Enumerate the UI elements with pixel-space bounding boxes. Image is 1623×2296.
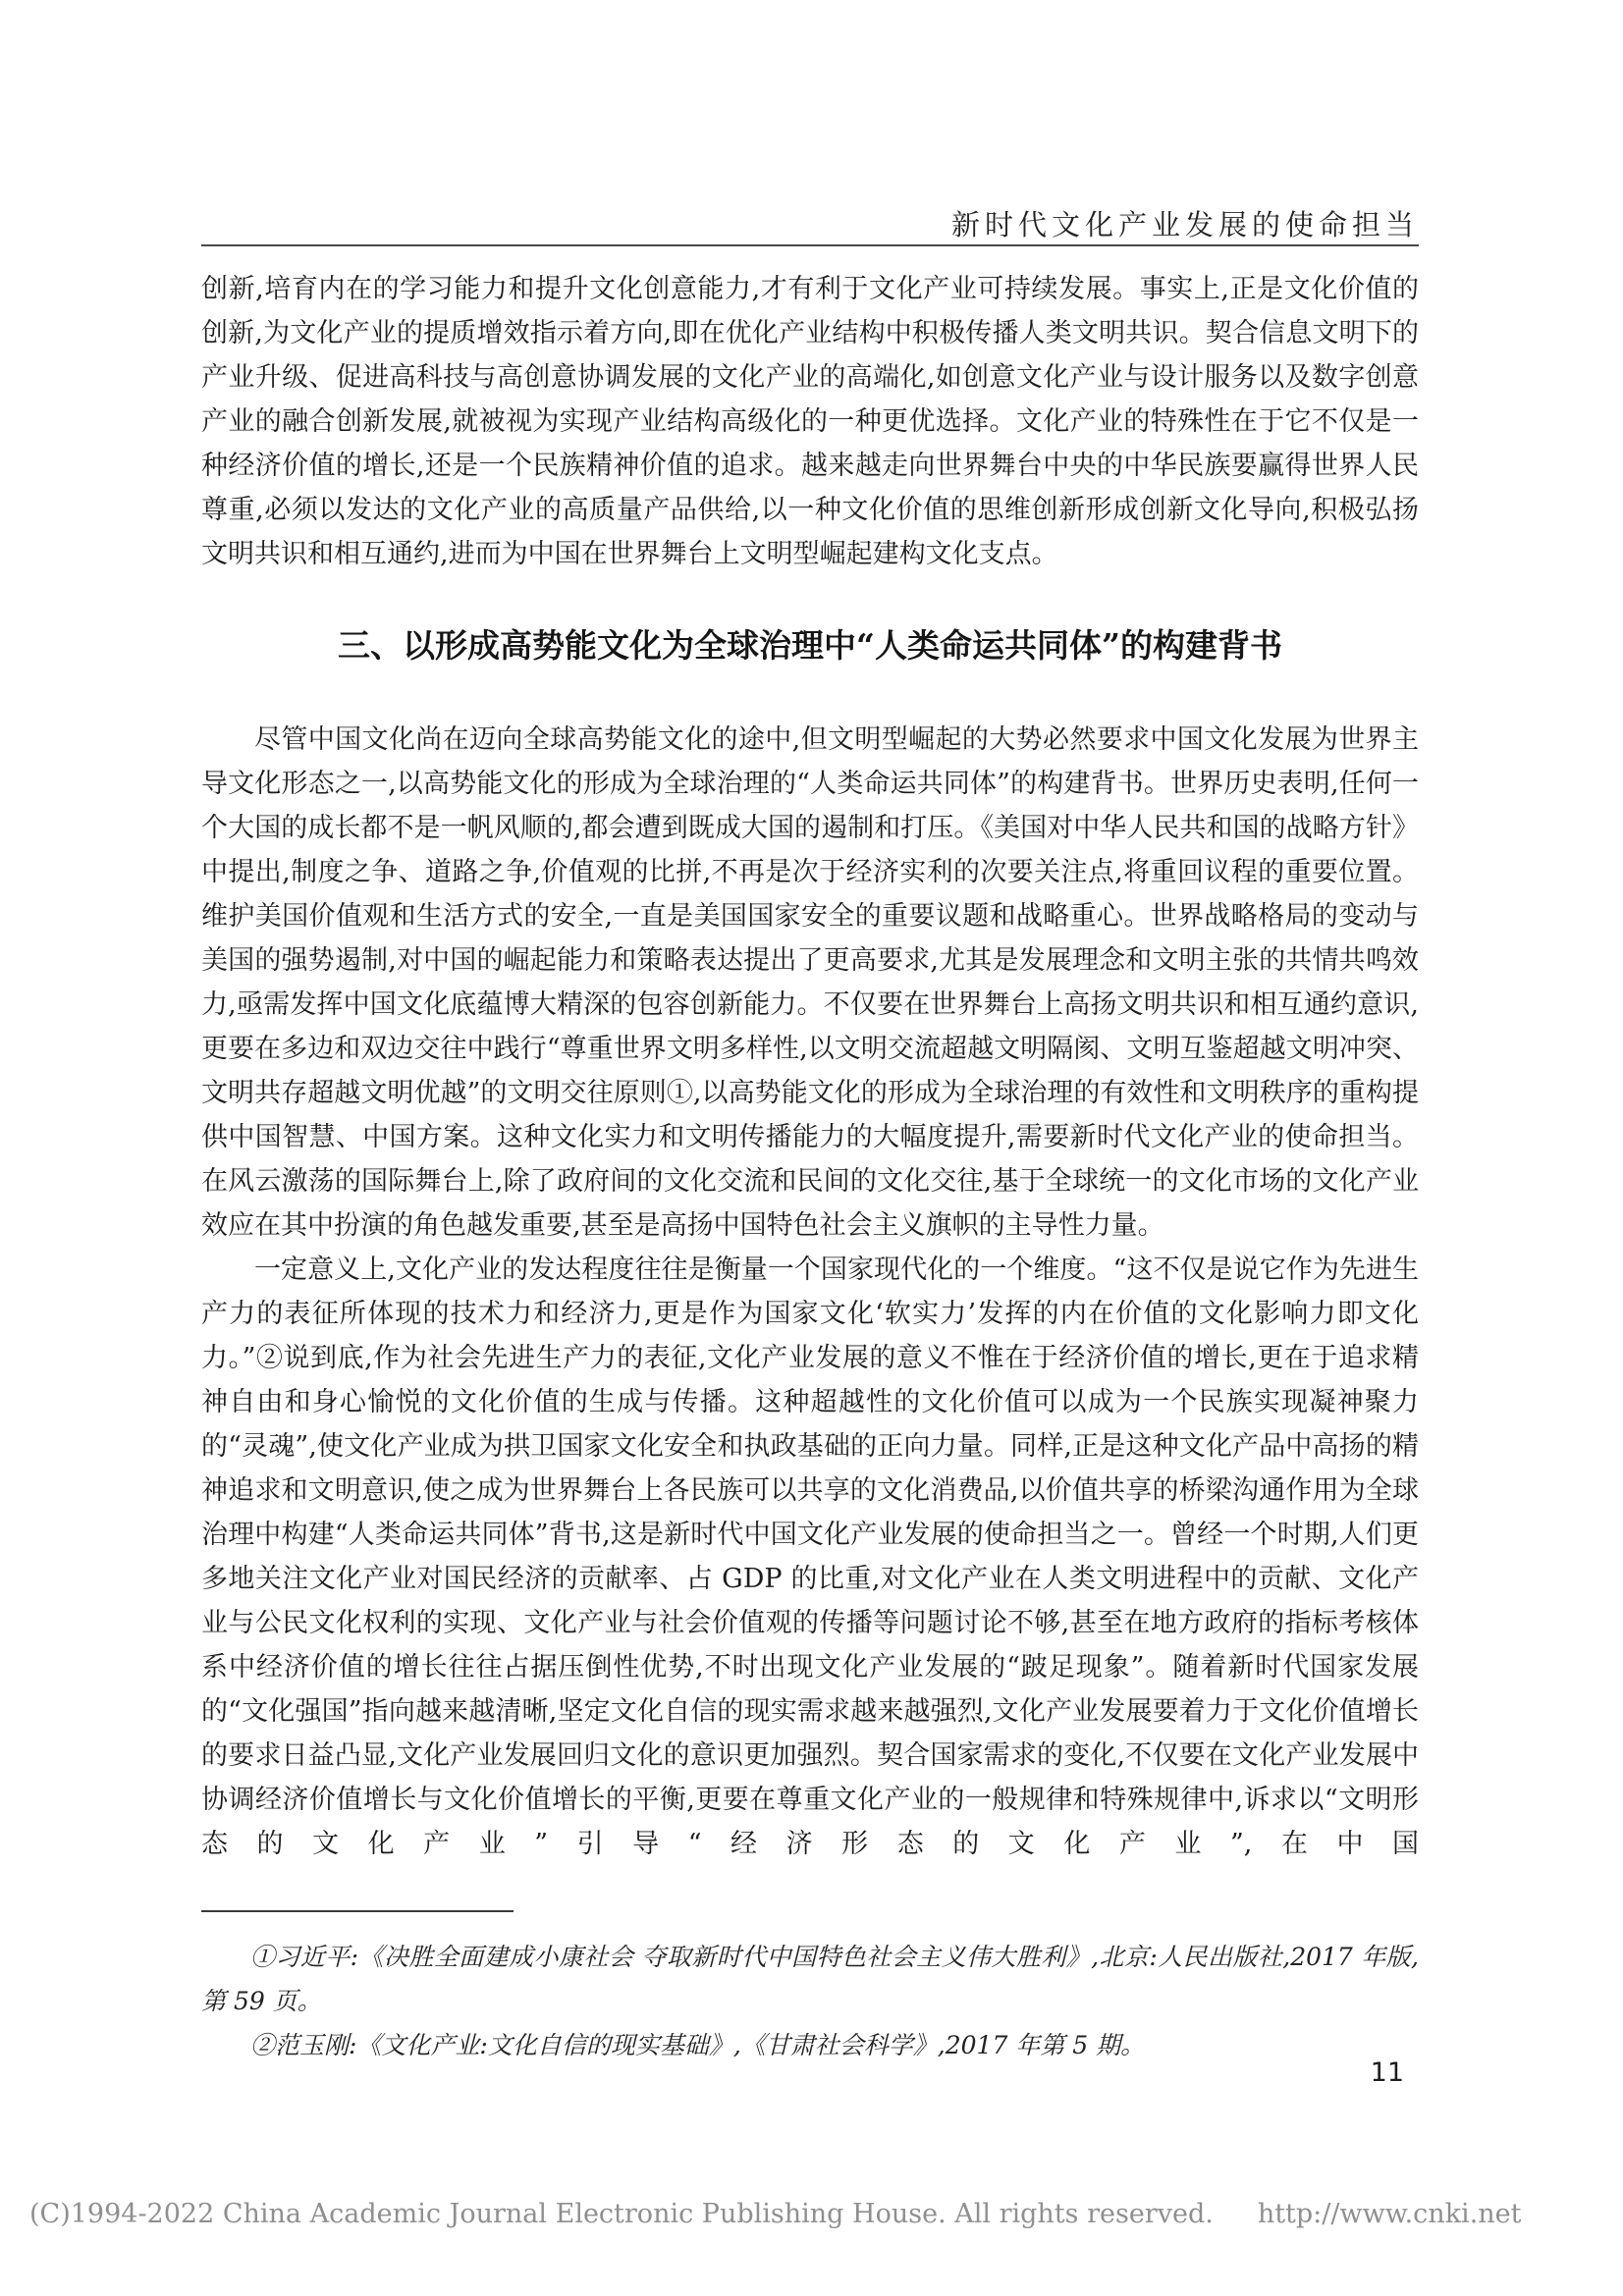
running-title: 新时代文化产业发展的使命担当	[201, 208, 1419, 241]
footnote-divider	[201, 1910, 514, 1912]
footnote-1: ①习近平:《决胜全面建成小康社会 夺取新时代中国特色社会主义伟大胜利》,北京:人…	[201, 1935, 1419, 2023]
journal-page: 新时代文化产业发展的使命担当 创新,培育内在的学习能力和提升文化创意能力,才有利…	[0, 0, 1623, 2296]
body-paragraph-intro: 创新,培育内在的学习能力和提升文化创意能力,才有利于文化产业可持续发展。事实上,…	[201, 267, 1419, 576]
footnotes: ①习近平:《决胜全面建成小康社会 夺取新时代中国特色社会主义伟大胜利》,北京:人…	[201, 1935, 1419, 2067]
section-heading: 三、以形成高势能文化为全球治理中“人类命运共同体”的构建背书	[201, 621, 1419, 670]
footer-url: http://www.cnki.net	[1258, 2199, 1522, 2229]
body-paragraph: 一定意义上,文化产业的发达程度往往是衡量一个国家现代化的一个维度。“这不仅是说它…	[201, 1248, 1419, 1866]
copyright-text: (C)1994-2022 China Academic Journal Elec…	[29, 2199, 1214, 2229]
body-text: 尽管中国文化尚在迈向全球高势能文化的途中,但文明型崛起的大势必然要求中国文化发展…	[201, 718, 1419, 1866]
page-number: 11	[201, 2057, 1404, 2088]
body-paragraph: 尽管中国文化尚在迈向全球高势能文化的途中,但文明型崛起的大势必然要求中国文化发展…	[201, 718, 1419, 1248]
copyright-footer: (C)1994-2022 China Academic Journal Elec…	[29, 2199, 1600, 2230]
header-rule	[201, 244, 1419, 246]
